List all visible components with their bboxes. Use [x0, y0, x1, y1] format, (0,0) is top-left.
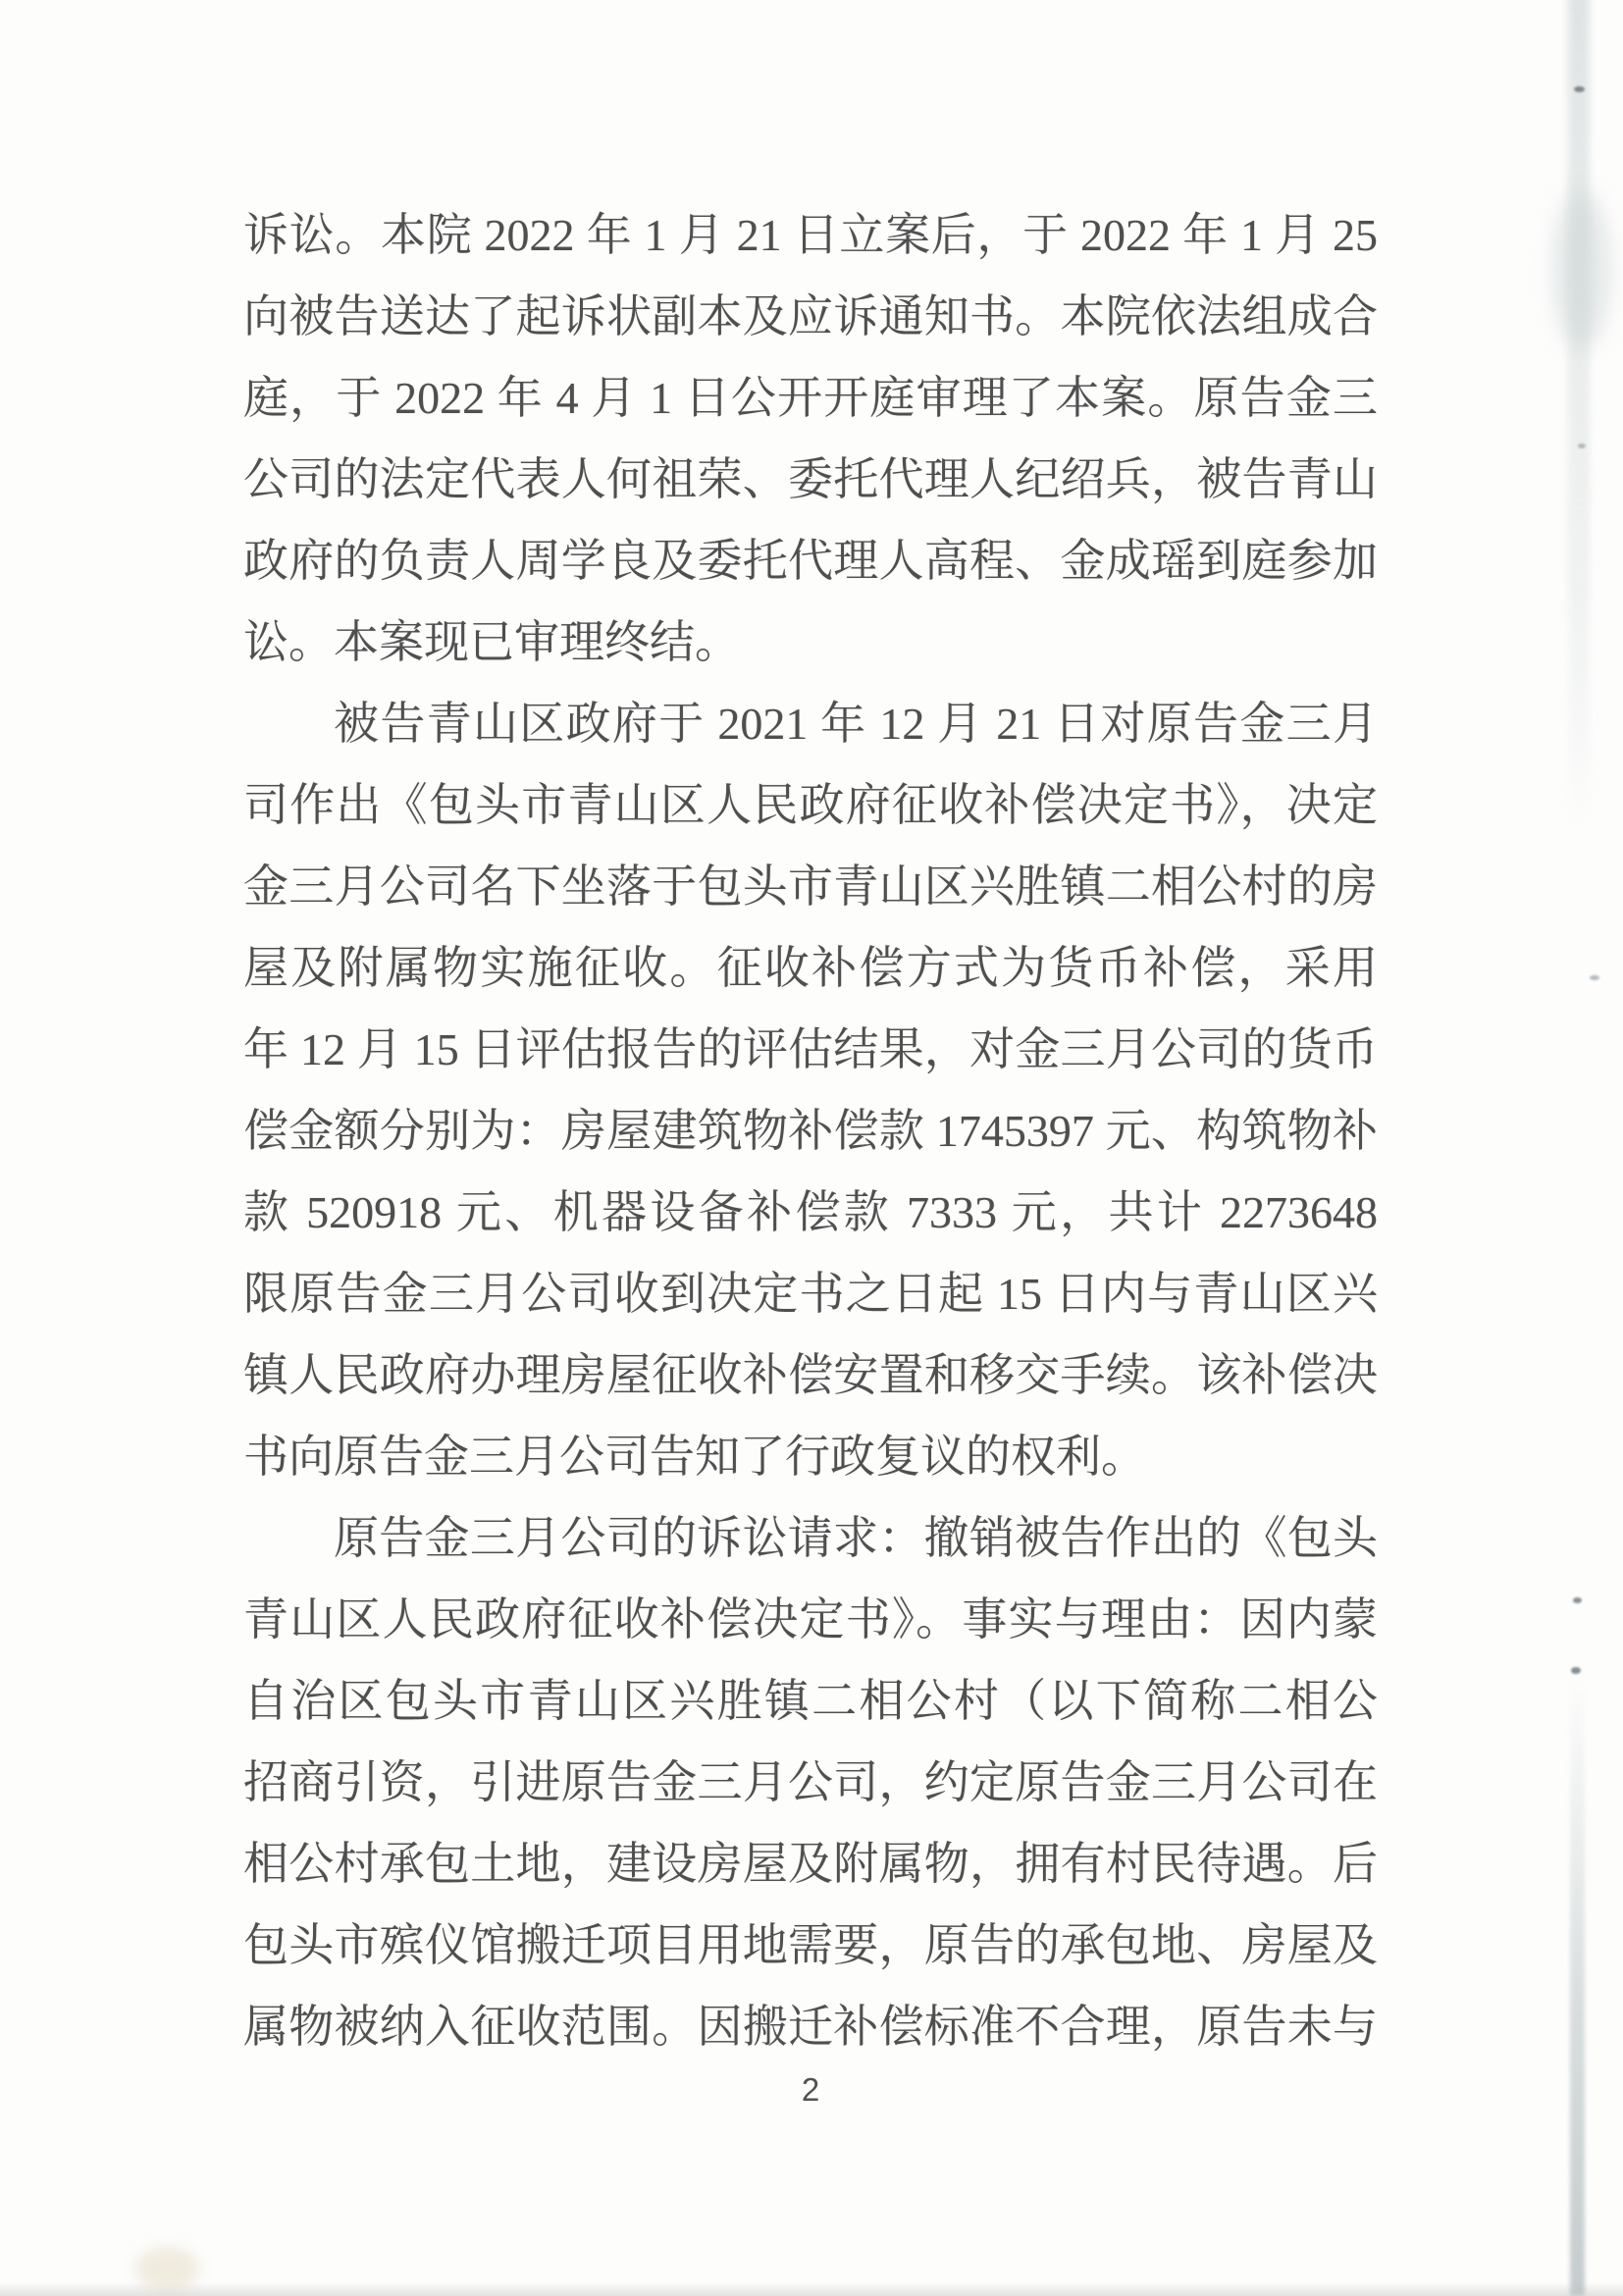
text-line: 原告金三月公司的诉讼请求：撤销被告作出的《包头市 [243, 1497, 1378, 1579]
text-line: 金三月公司名下坐落于包头市青山区兴胜镇二相公村的房 [243, 846, 1378, 927]
text-line: 被告青山区政府于 2021 年 12 月 21 日对原告金三月公 [243, 683, 1378, 764]
text-line: 款 520918 元、机器设备补偿款 7333 元，共计 2273648 元。 [243, 1172, 1378, 1253]
text-line: 公司的法定代表人何祖荣、委托代理人纪绍兵，被告青山区 [243, 439, 1378, 520]
page-number: 2 [243, 2070, 1378, 2110]
text-line: 青山区人民政府征收补偿决定书》。事实与理由：因内蒙古 [243, 1579, 1378, 1660]
text-line: 限原告金三月公司收到决定书之日起 15 日内与青山区兴胜 [243, 1253, 1378, 1334]
text-line: 屋及附属物实施征收。征收补偿方式为货币补偿，采用 2021 [243, 927, 1378, 1009]
text-line: 包头市殡仪馆搬迁项目用地需要，原告的承包地、房屋及附 [243, 1905, 1378, 1986]
text-line: 属物被纳入征收范围。因搬迁补偿标准不合理，原告未与相 [243, 1986, 1378, 2067]
scan-speck [1578, 444, 1586, 448]
text-line: 年 12 月 15 日评估报告的评估结果，对金三月公司的货币补 [243, 1009, 1378, 1090]
text-line: 向被告送达了起诉状副本及应诉通知书。本院依法组成合议 [243, 276, 1378, 357]
paragraph-2: 被告青山区政府于 2021 年 12 月 21 日对原告金三月公 司作出《包头市… [243, 683, 1378, 1497]
text-line: 庭，于 2022 年 4 月 1 日公开开庭审理了本案。原告金三月 [243, 357, 1378, 439]
text-line: 相公村承包土地，建设房屋及附属物，拥有村民待遇。后因 [243, 1823, 1378, 1905]
scan-speck [1590, 975, 1599, 980]
text-line: 诉讼。本院 2022 年 1 月 21 日立案后，于 2022 年 1 月 25… [243, 194, 1378, 276]
scan-speck [1573, 1597, 1582, 1603]
scan-corner-smudge [135, 2247, 199, 2291]
paragraph-1: 诉讼。本院 2022 年 1 月 21 日立案后，于 2022 年 1 月 25… [243, 194, 1378, 683]
scan-streak-top-right [1568, 0, 1590, 824]
text-line: 司作出《包头市青山区人民政府征收补偿决定书》，决定对 [243, 764, 1378, 846]
scan-bottom-edge-shadow [0, 2282, 1623, 2296]
text-line: 讼。本案现已审理终结。 [243, 601, 1378, 683]
text-line: 政府的负责人周学良及委托代理人高程、金成瑶到庭参加诉 [243, 520, 1378, 601]
scan-speck [1571, 1667, 1581, 1674]
scanned-document-page: 诉讼。本院 2022 年 1 月 21 日立案后，于 2022 年 1 月 25… [0, 0, 1623, 2296]
scan-speck [1574, 86, 1585, 92]
text-line: 书向原告金三月公司告知了行政复议的权利。 [243, 1416, 1378, 1497]
paragraph-3: 原告金三月公司的诉讼请求：撤销被告作出的《包头市 青山区人民政府征收补偿决定书》… [243, 1497, 1378, 2067]
text-line: 自治区包头市青山区兴胜镇二相公村（以下简称二相公村） [243, 1660, 1378, 1742]
text-line: 镇人民政府办理房屋征收补偿安置和移交手续。该补偿决定 [243, 1334, 1378, 1416]
scan-streak-bottom-right [1570, 1673, 1585, 2296]
scan-streak-blob [1554, 191, 1609, 348]
text-line: 偿金额分别为：房屋建筑物补偿款 1745397 元、构筑物补偿 [243, 1090, 1378, 1172]
text-line: 招商引资，引进原告金三月公司，约定原告金三月公司在二 [243, 1742, 1378, 1823]
document-text-block: 诉讼。本院 2022 年 1 月 21 日立案后，于 2022 年 1 月 25… [243, 194, 1378, 2067]
